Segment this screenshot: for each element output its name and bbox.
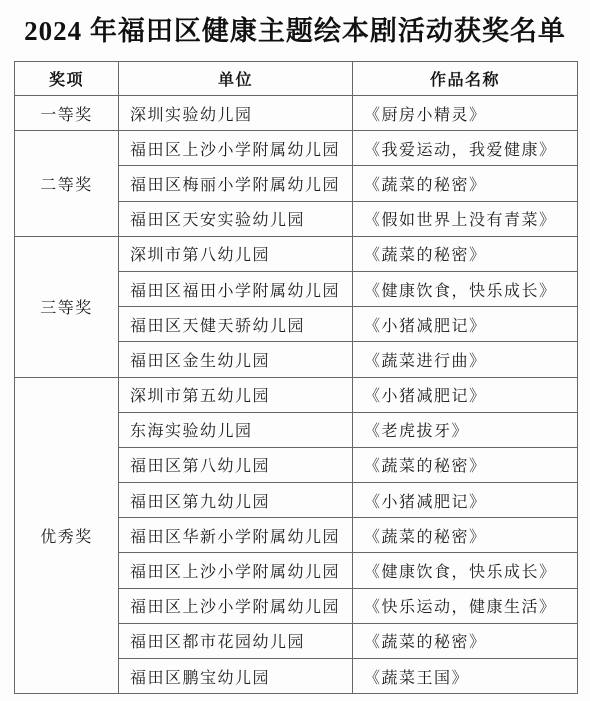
work-cell: 《蔬菜的秘密》 [353, 623, 578, 658]
table-row: 三等奖深圳市第八幼儿园《蔬菜的秘密》 [15, 236, 578, 271]
unit-cell: 福田区上沙小学附属幼儿园 [119, 131, 353, 166]
page-title: 2024 年福田区健康主题绘本剧活动获奖名单 [0, 9, 590, 48]
unit-cell: 深圳市第八幼儿园 [119, 236, 353, 271]
work-cell: 《我爱运动，我爱健康》 [353, 131, 578, 166]
column-header-unit: 单位 [119, 62, 353, 96]
unit-cell: 福田区梅丽小学附属幼儿园 [119, 166, 353, 201]
unit-cell: 福田区天健天骄幼儿园 [119, 307, 353, 342]
award-cell: 三等奖 [15, 236, 119, 377]
unit-cell: 福田区上沙小学附属幼儿园 [119, 588, 353, 623]
table-row: 一等奖深圳实验幼儿园《厨房小精灵》 [15, 96, 578, 131]
column-header-work: 作品名称 [353, 62, 578, 96]
awards-table-body: 一等奖深圳实验幼儿园《厨房小精灵》二等奖福田区上沙小学附属幼儿园《我爱运动，我爱… [15, 96, 578, 694]
work-cell: 《健康饮食，快乐成长》 [353, 271, 578, 306]
work-cell: 《快乐运动，健康生活》 [353, 588, 578, 623]
award-cell: 优秀奖 [15, 377, 119, 694]
unit-cell: 东海实验幼儿园 [119, 412, 353, 447]
unit-cell: 福田区福田小学附属幼儿园 [119, 271, 353, 306]
table-row: 二等奖福田区上沙小学附属幼儿园《我爱运动，我爱健康》 [15, 131, 578, 166]
awards-table: 奖项 单位 作品名称 一等奖深圳实验幼儿园《厨房小精灵》二等奖福田区上沙小学附属… [14, 61, 578, 694]
unit-cell: 深圳实验幼儿园 [119, 96, 353, 131]
work-cell: 《老虎拔牙》 [353, 412, 578, 447]
unit-cell: 深圳市第五幼儿园 [119, 377, 353, 412]
award-cell: 一等奖 [15, 96, 119, 131]
award-cell: 二等奖 [15, 131, 119, 237]
work-cell: 《小猪减肥记》 [353, 377, 578, 412]
table-row: 优秀奖深圳市第五幼儿园《小猪减肥记》 [15, 377, 578, 412]
work-cell: 《蔬菜的秘密》 [353, 518, 578, 553]
awards-table-header: 奖项 单位 作品名称 [15, 62, 578, 96]
work-cell: 《蔬菜的秘密》 [353, 236, 578, 271]
unit-cell: 福田区都市花园幼儿园 [119, 623, 353, 658]
header-row: 奖项 单位 作品名称 [15, 62, 578, 96]
work-cell: 《假如世界上没有青菜》 [353, 201, 578, 236]
unit-cell: 福田区上沙小学附属幼儿园 [119, 553, 353, 588]
work-cell: 《蔬菜的秘密》 [353, 166, 578, 201]
work-cell: 《小猪减肥记》 [353, 483, 578, 518]
work-cell: 《健康饮食，快乐成长》 [353, 553, 578, 588]
work-cell: 《蔬菜的秘密》 [353, 447, 578, 482]
unit-cell: 福田区鹏宝幼儿园 [119, 659, 353, 694]
unit-cell: 福田区华新小学附属幼儿园 [119, 518, 353, 553]
work-cell: 《蔬菜王国》 [353, 659, 578, 694]
work-cell: 《厨房小精灵》 [353, 96, 578, 131]
unit-cell: 福田区金生幼儿园 [119, 342, 353, 377]
work-cell: 《蔬菜进行曲》 [353, 342, 578, 377]
work-cell: 《小猪减肥记》 [353, 307, 578, 342]
unit-cell: 福田区第九幼儿园 [119, 483, 353, 518]
column-header-award: 奖项 [15, 62, 119, 96]
unit-cell: 福田区天安实验幼儿园 [119, 201, 353, 236]
unit-cell: 福田区第八幼儿园 [119, 447, 353, 482]
